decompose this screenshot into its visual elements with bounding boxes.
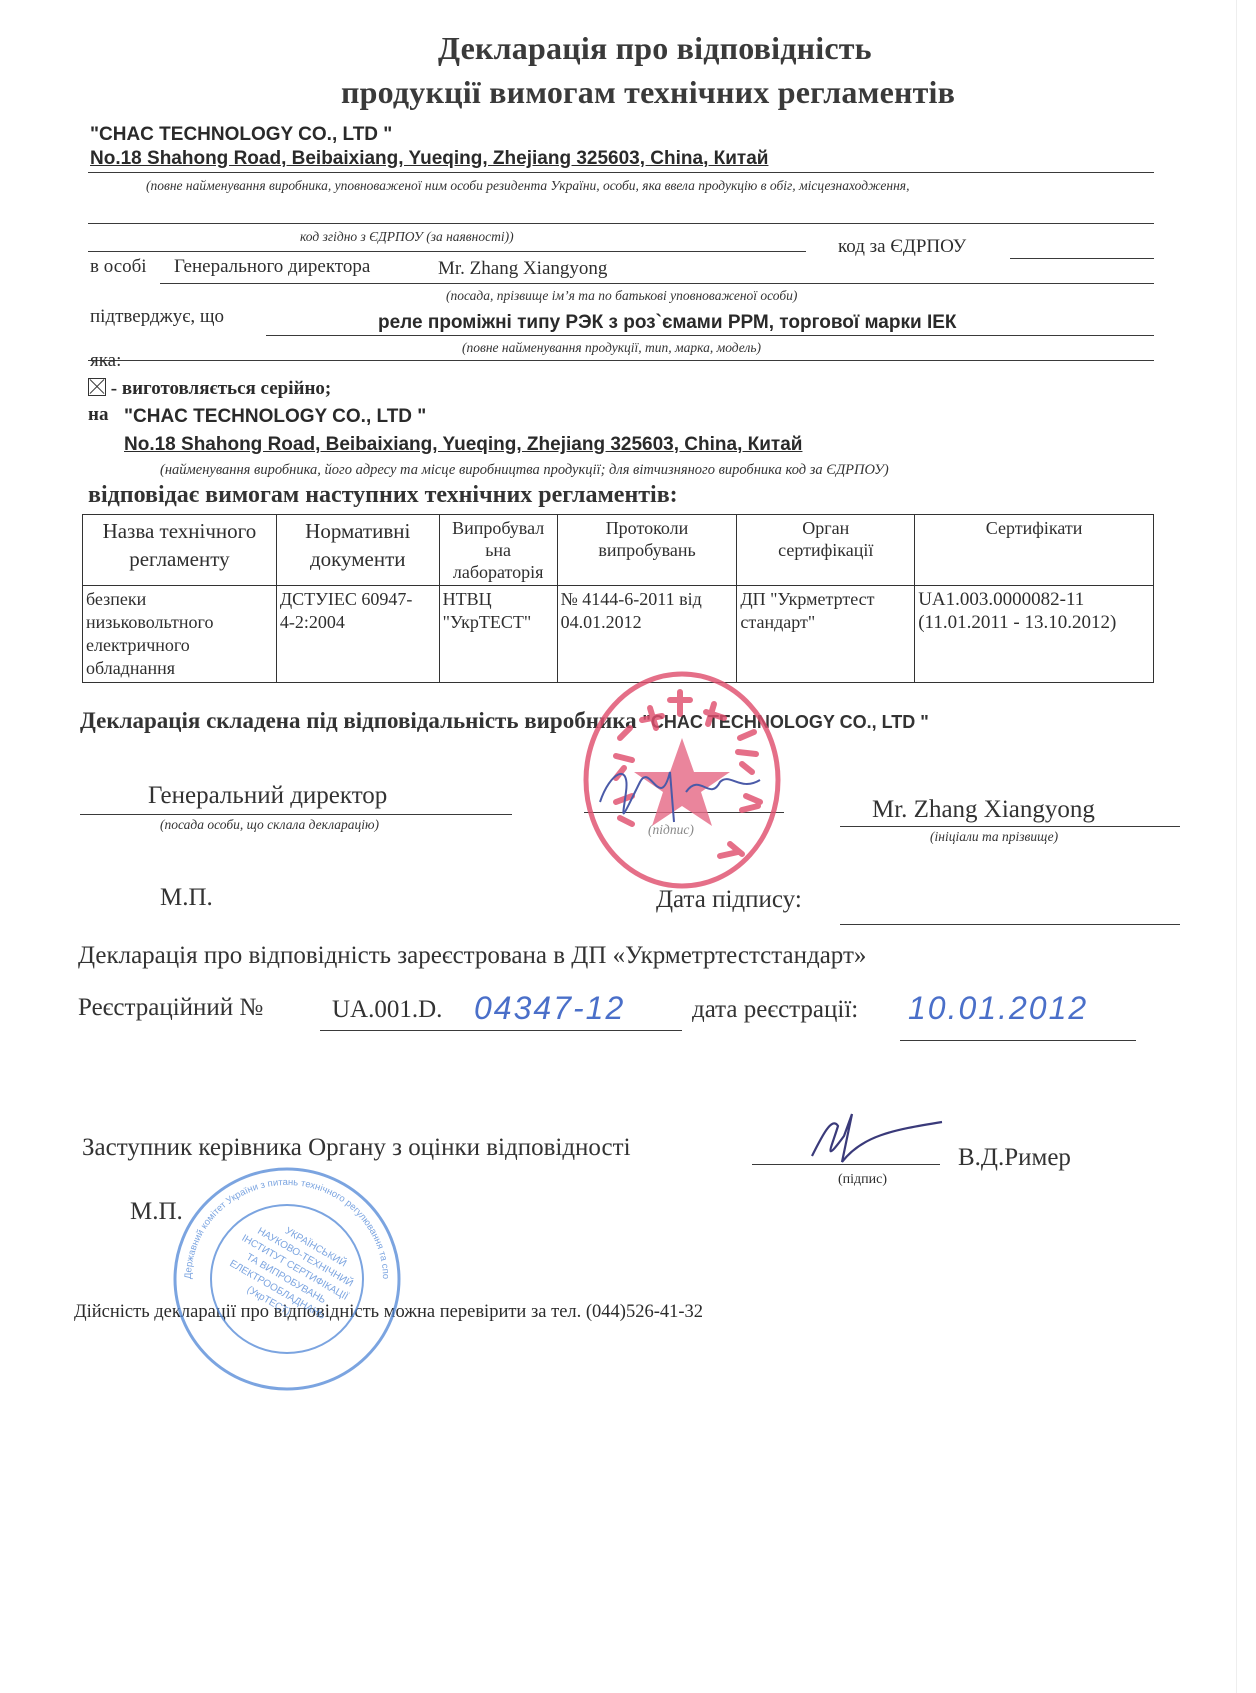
cell-laboratory: НТВЦ "УкрТЕСТ"	[439, 586, 557, 683]
signer-position: Генеральний директор	[148, 782, 387, 810]
header-normative-docs: Нормативні документи	[276, 515, 439, 586]
cell-normative-docs: ДСТУIEC 60947- 4-2:2004	[276, 586, 439, 683]
production-hint: (найменування виробника, його адресу та …	[160, 462, 889, 479]
reg-date-label: дата реєстрації:	[692, 996, 858, 1024]
production-address: No.18 Shahong Road, Beibaixiang, Yueqing…	[124, 434, 802, 456]
authority-seal-icon: УКРАЇНСЬКИЙ НАУКОВО-ТЕХНІЧНИЙ ІНСТИТУТ С…	[168, 1162, 406, 1396]
registered-text: Декларація про відповідність зареєстрова…	[78, 942, 866, 970]
title-line-2: продукції вимогам технічних регламентів	[341, 74, 955, 111]
deputy-signature-hint: (підпис)	[838, 1172, 887, 1188]
svg-text:УКРАЇНСЬКИЙ: УКРАЇНСЬКИЙ	[283, 1224, 349, 1270]
header-regulation: Назва технічного регламенту	[83, 515, 277, 586]
reg-number-label: Реєстраційний №	[78, 994, 263, 1022]
signer-position-line	[80, 814, 512, 815]
serial-checkbox[interactable]	[88, 378, 106, 396]
responsibility-text: Декларація складена під відповідальність…	[80, 708, 642, 733]
table-row: безпеки низьковольтного електричного обл…	[83, 586, 1154, 683]
svg-text:ІНСТИТУТ СЕРТИФІКАЦІЇ: ІНСТИТУТ СЕРТИФІКАЦІЇ	[240, 1232, 351, 1303]
product-underline	[266, 335, 1154, 336]
product-name: реле проміжні типу РЭК з роз`ємами РРМ, …	[378, 312, 957, 334]
person-hint: (посада, прізвище ім’я та по батькові уп…	[446, 288, 797, 304]
production-name: "CHAC TECHNOLOGY CO., LTD "	[124, 406, 426, 428]
manufacturer-name: "CHAC TECHNOLOGY CO., LTD "	[90, 124, 392, 146]
sign-date-label: Дата підпису:	[656, 886, 802, 914]
product-hint: (повне найменування продукції, тип, марк…	[462, 340, 761, 356]
svg-text:ТА ВИПРОБУВАНЬ: ТА ВИПРОБУВАНЬ	[244, 1252, 328, 1307]
company-seal-icon	[580, 668, 784, 892]
cell-regulation: безпеки низьковольтного електричного обл…	[83, 586, 277, 683]
person-underline	[160, 283, 1154, 284]
table-header-row: Назва технічного регламенту Нормативні д…	[83, 515, 1154, 586]
manufacturer-hint: (повне найменування виробника, уповноваж…	[146, 178, 909, 194]
serial-label: - виготовляється серійно;	[111, 378, 331, 399]
responsibility-company: "CHAC TECHNOLOGY CO., LTD "	[642, 712, 928, 732]
validity-note: Дійсність декларації про відповідність м…	[74, 1302, 703, 1323]
header-laboratory: Випробувал ьна лабораторія	[439, 515, 557, 586]
stamp-place-1: М.П.	[160, 884, 213, 912]
reg-date-handwritten: 10.01.2012	[908, 990, 1088, 1027]
which-label: яка:	[90, 350, 121, 372]
person-position: Генерального директора	[174, 256, 370, 278]
signer-name-hint: (ініціали та прізвище)	[930, 829, 1058, 845]
edrpou-field[interactable]	[1010, 258, 1154, 259]
cell-certificates: UA1.003.0000082-11 (11.01.2011 - 13.10.2…	[915, 586, 1154, 683]
reg-date-line	[900, 1040, 1136, 1041]
edrpou-hint-line	[88, 251, 806, 252]
signature-hint: (підпис)	[648, 822, 694, 838]
at-label: на	[88, 404, 108, 426]
deputy-name: В.Д.Ример	[958, 1144, 1071, 1172]
header-certificates: Сертифікати	[915, 515, 1154, 586]
deputy-signature-line[interactable]	[752, 1164, 940, 1165]
stamp-place-2: М.П.	[130, 1198, 183, 1226]
signature-director-icon	[590, 752, 780, 832]
cell-certification-body: ДП "Укрметртест стандарт"	[737, 586, 915, 683]
signature-deputy-icon	[792, 1106, 952, 1176]
signer-name: Mr. Zhang Xiangyong	[872, 796, 1095, 824]
deputy-label: Заступник керівника Органу з оцінки відп…	[82, 1134, 631, 1162]
reg-number-handwritten: 04347-12	[474, 990, 625, 1027]
title-line-1: Декларація про відповідність	[438, 30, 872, 67]
responsibility-statement: Декларація складена під відповідальність…	[80, 708, 929, 734]
svg-text:НАУКОВО-ТЕХНІЧНИЙ: НАУКОВО-ТЕХНІЧНИЙ	[255, 1224, 355, 1289]
confirms-label: підтверджує, що	[90, 306, 224, 328]
header-certification-body: Орган сертифікації	[737, 515, 915, 586]
signer-position-hint: (посада особи, що склала декларацію)	[160, 817, 379, 833]
edrpou-hint: код згідно з ЄДРПОУ (за наявності))	[300, 229, 514, 245]
blank-line-1	[88, 223, 1154, 224]
serial-production-row: - виготовляється серійно;	[88, 378, 331, 400]
signer-name-line	[840, 826, 1180, 827]
edrpou-label: код за ЄДРПОУ	[838, 236, 966, 258]
product-line-2	[88, 360, 1154, 361]
manufacturer-address: No.18 Shahong Road, Beibaixiang, Yueqing…	[90, 148, 768, 170]
cell-protocols: № 4144-6-2011 від 04.01.2012	[557, 586, 737, 683]
sign-date-field[interactable]	[840, 924, 1180, 925]
complies-heading: відповідає вимогам наступних технічних р…	[88, 482, 678, 509]
header-protocols: Протоколи випробувань	[557, 515, 737, 586]
manufacturer-underline	[88, 172, 1154, 173]
person-label: в особі	[90, 256, 147, 278]
reg-number-prefix: UA.001.D.	[332, 996, 442, 1024]
person-name: Mr. Zhang Xiangyong	[438, 258, 607, 280]
svg-text:Державний комітет України з пи: Державний комітет України з питань техні…	[168, 1162, 391, 1279]
reg-number-line	[320, 1030, 682, 1031]
regulations-table: Назва технічного регламенту Нормативні д…	[82, 514, 1154, 683]
signature-line[interactable]	[584, 812, 784, 813]
page-edge	[1236, 0, 1237, 1693]
